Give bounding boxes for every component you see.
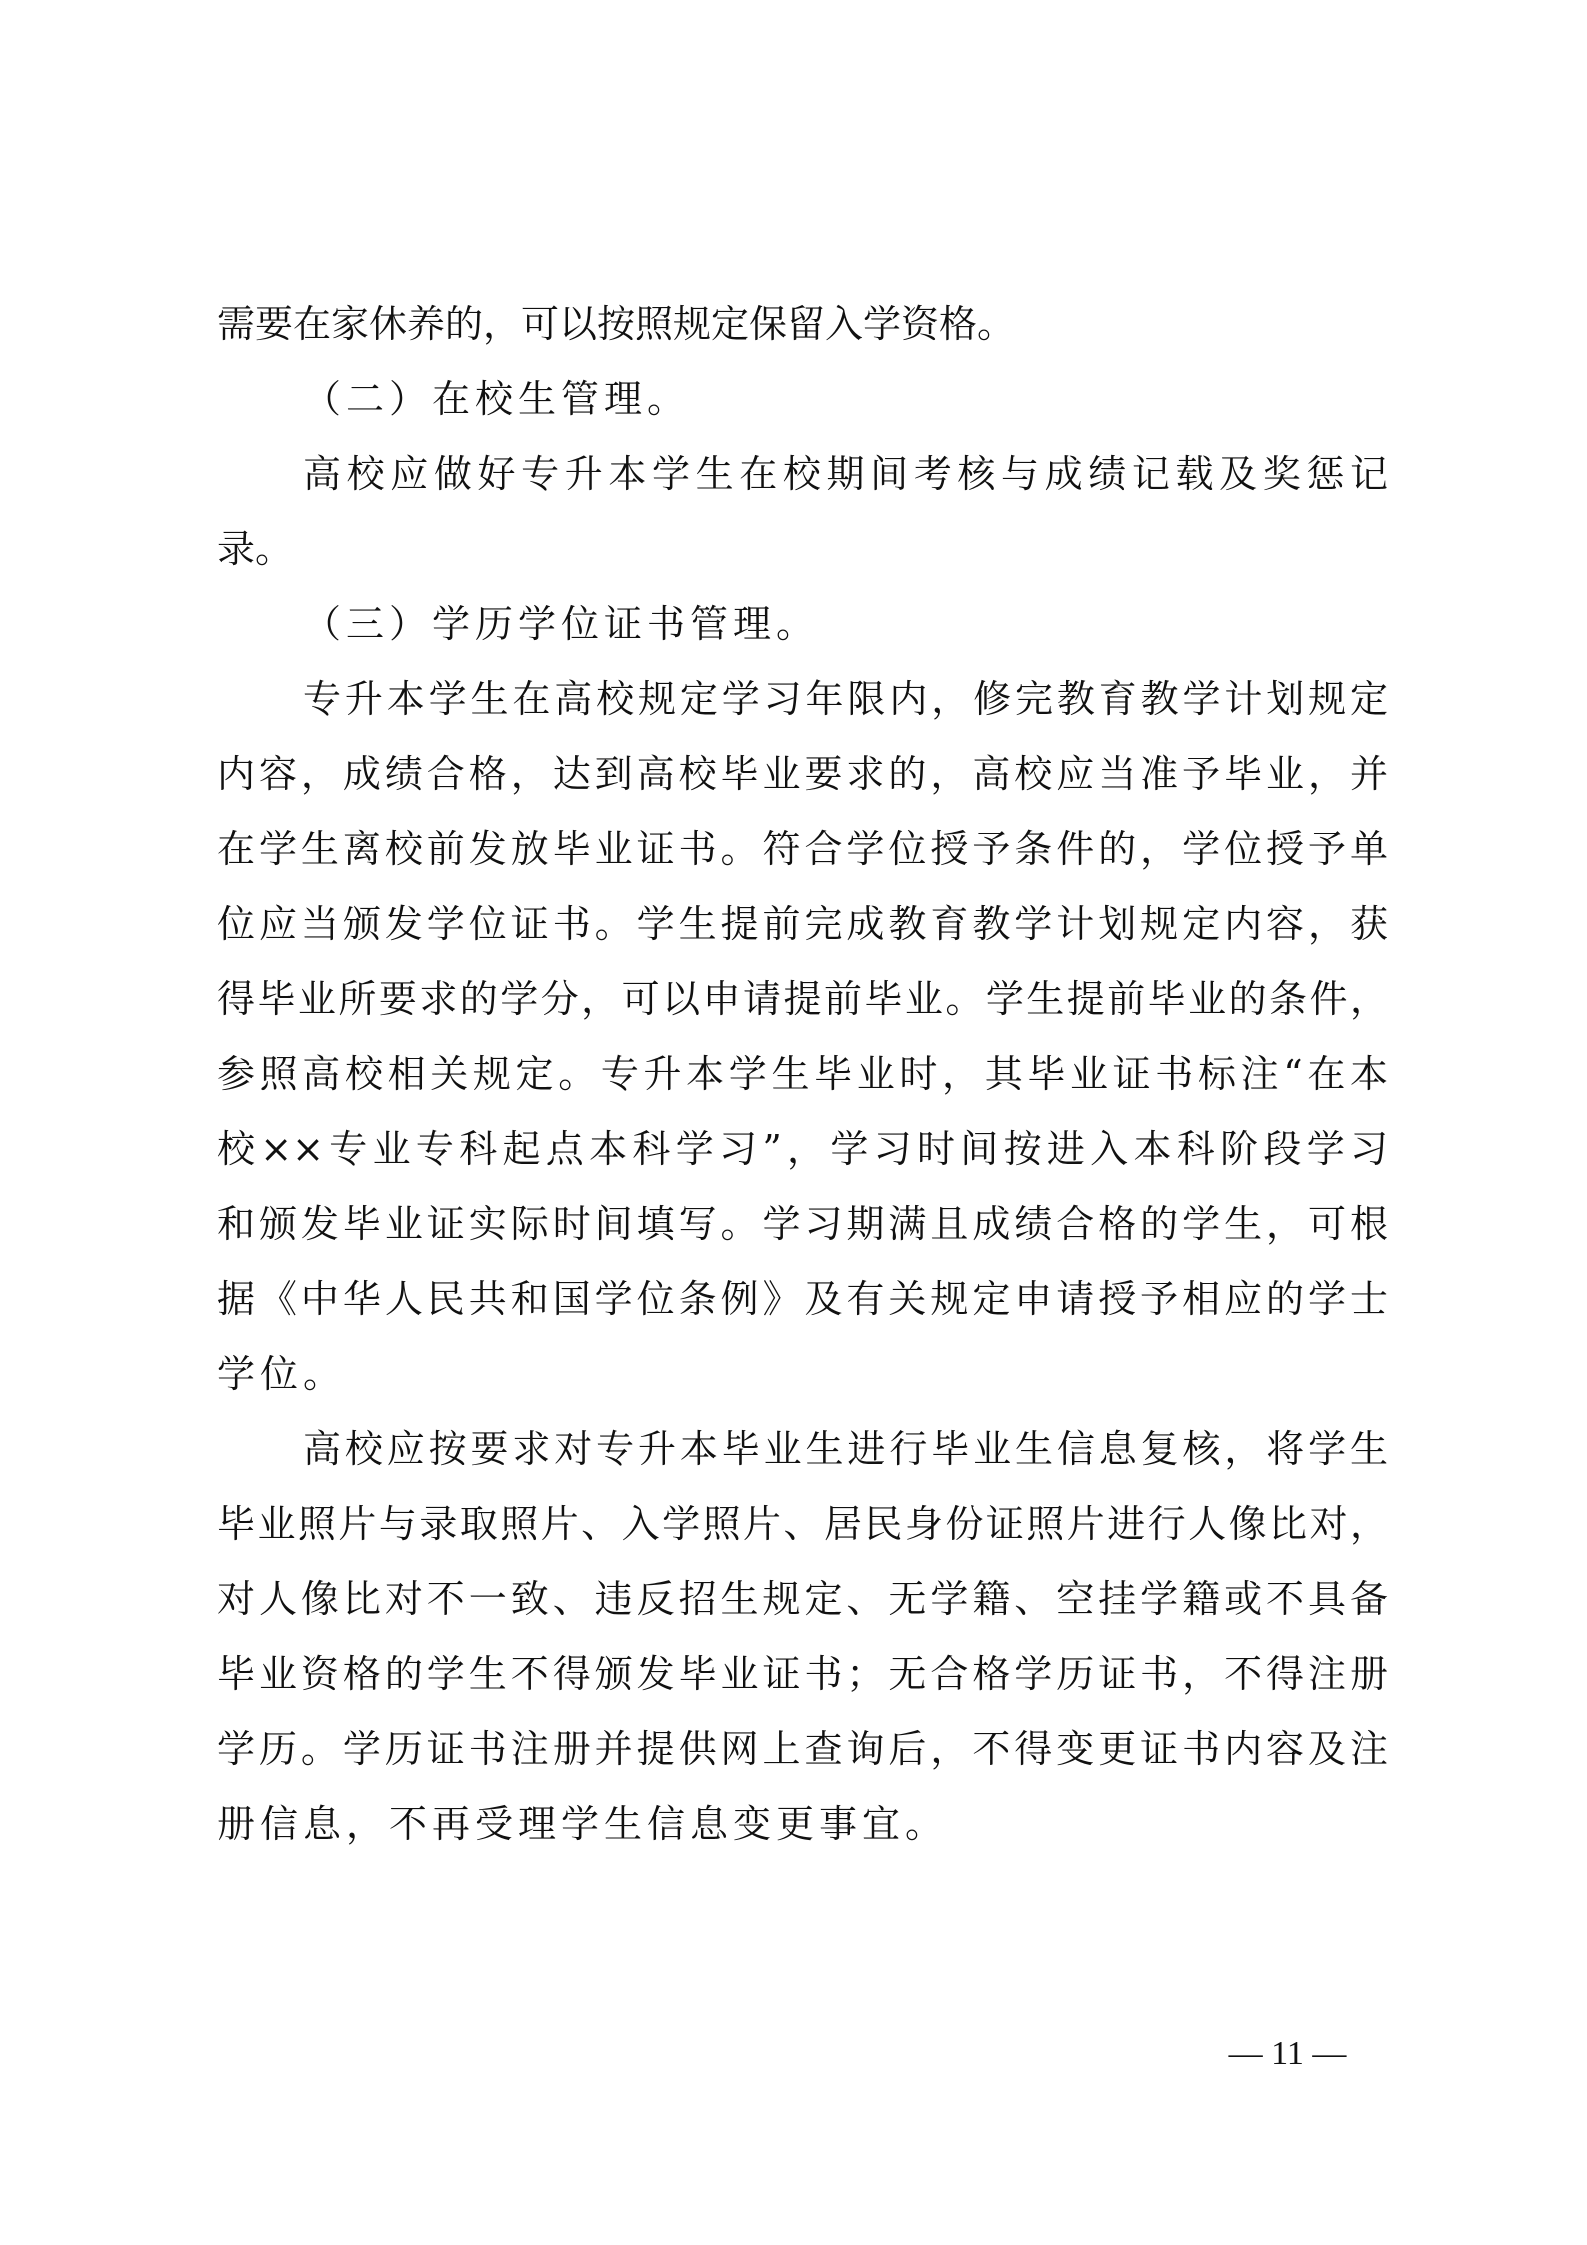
paragraph-line: 校××专业专科起点本科学习”，学习时间按进入本科阶段学习 — [217, 1127, 1388, 1171]
paragraph-line: 得毕业所要求的学分，可以申请提前毕业。学生提前毕业的条件， — [217, 977, 1388, 1021]
paragraph-line: 高校应做好专升本学生在校期间考核与成绩记载及奖惩记 — [303, 452, 1388, 496]
section-heading-in-school-management: （二）在校生管理。 — [303, 377, 690, 421]
paragraph-line: 在学生离校前发放毕业证书。符合学位授予条件的，学位授予单 — [217, 827, 1388, 871]
paragraph-line: 录。 — [217, 527, 293, 571]
paragraph-line: 学位。 — [217, 1352, 346, 1396]
paragraph-line: 高校应按要求对专升本毕业生进行毕业生信息复核，将学生 — [303, 1427, 1388, 1471]
paragraph-line: 和颁发毕业证实际时间填写。学习期满且成绩合格的学生，可根 — [217, 1202, 1388, 1246]
paragraph-line: 参照高校相关规定。专升本学生毕业时，其毕业证书标注“在本 — [217, 1052, 1388, 1096]
paragraph-line: 毕业照片与录取照片、入学照片、居民身份证照片进行人像比对， — [217, 1502, 1388, 1546]
paragraph-line: 据《中华人民共和国学位条例》及有关规定申请授予相应的学士 — [217, 1277, 1388, 1321]
paragraph-line: 毕业资格的学生不得颁发毕业证书；无合格学历证书，不得注册 — [217, 1652, 1388, 1696]
page-number: — 11 — — [1210, 2034, 1365, 2074]
paragraph-line: 需要在家休养的，可以按照规定保留入学资格。 — [217, 302, 1015, 346]
paragraph-line: 内容，成绩合格，达到高校毕业要求的，高校应当准予毕业，并 — [217, 752, 1388, 796]
section-heading-degree-certificate-management: （三）学历学位证书管理。 — [303, 602, 819, 646]
paragraph-line: 对人像比对不一致、违反招生规定、无学籍、空挂学籍或不具备 — [217, 1577, 1388, 1621]
paragraph-line: 位应当颁发学位证书。学生提前完成教育教学计划规定内容，获 — [217, 902, 1388, 946]
paragraph-line: 册信息，不再受理学生信息变更事宜。 — [217, 1802, 948, 1846]
document-page: 需要在家休养的，可以按照规定保留入学资格。 （二）在校生管理。 高校应做好专升本… — [0, 0, 1587, 2245]
paragraph-line: 专升本学生在高校规定学习年限内，修完教育教学计划规定 — [303, 677, 1388, 721]
paragraph-line: 学历。学历证书注册并提供网上查询后，不得变更证书内容及注 — [217, 1727, 1388, 1771]
